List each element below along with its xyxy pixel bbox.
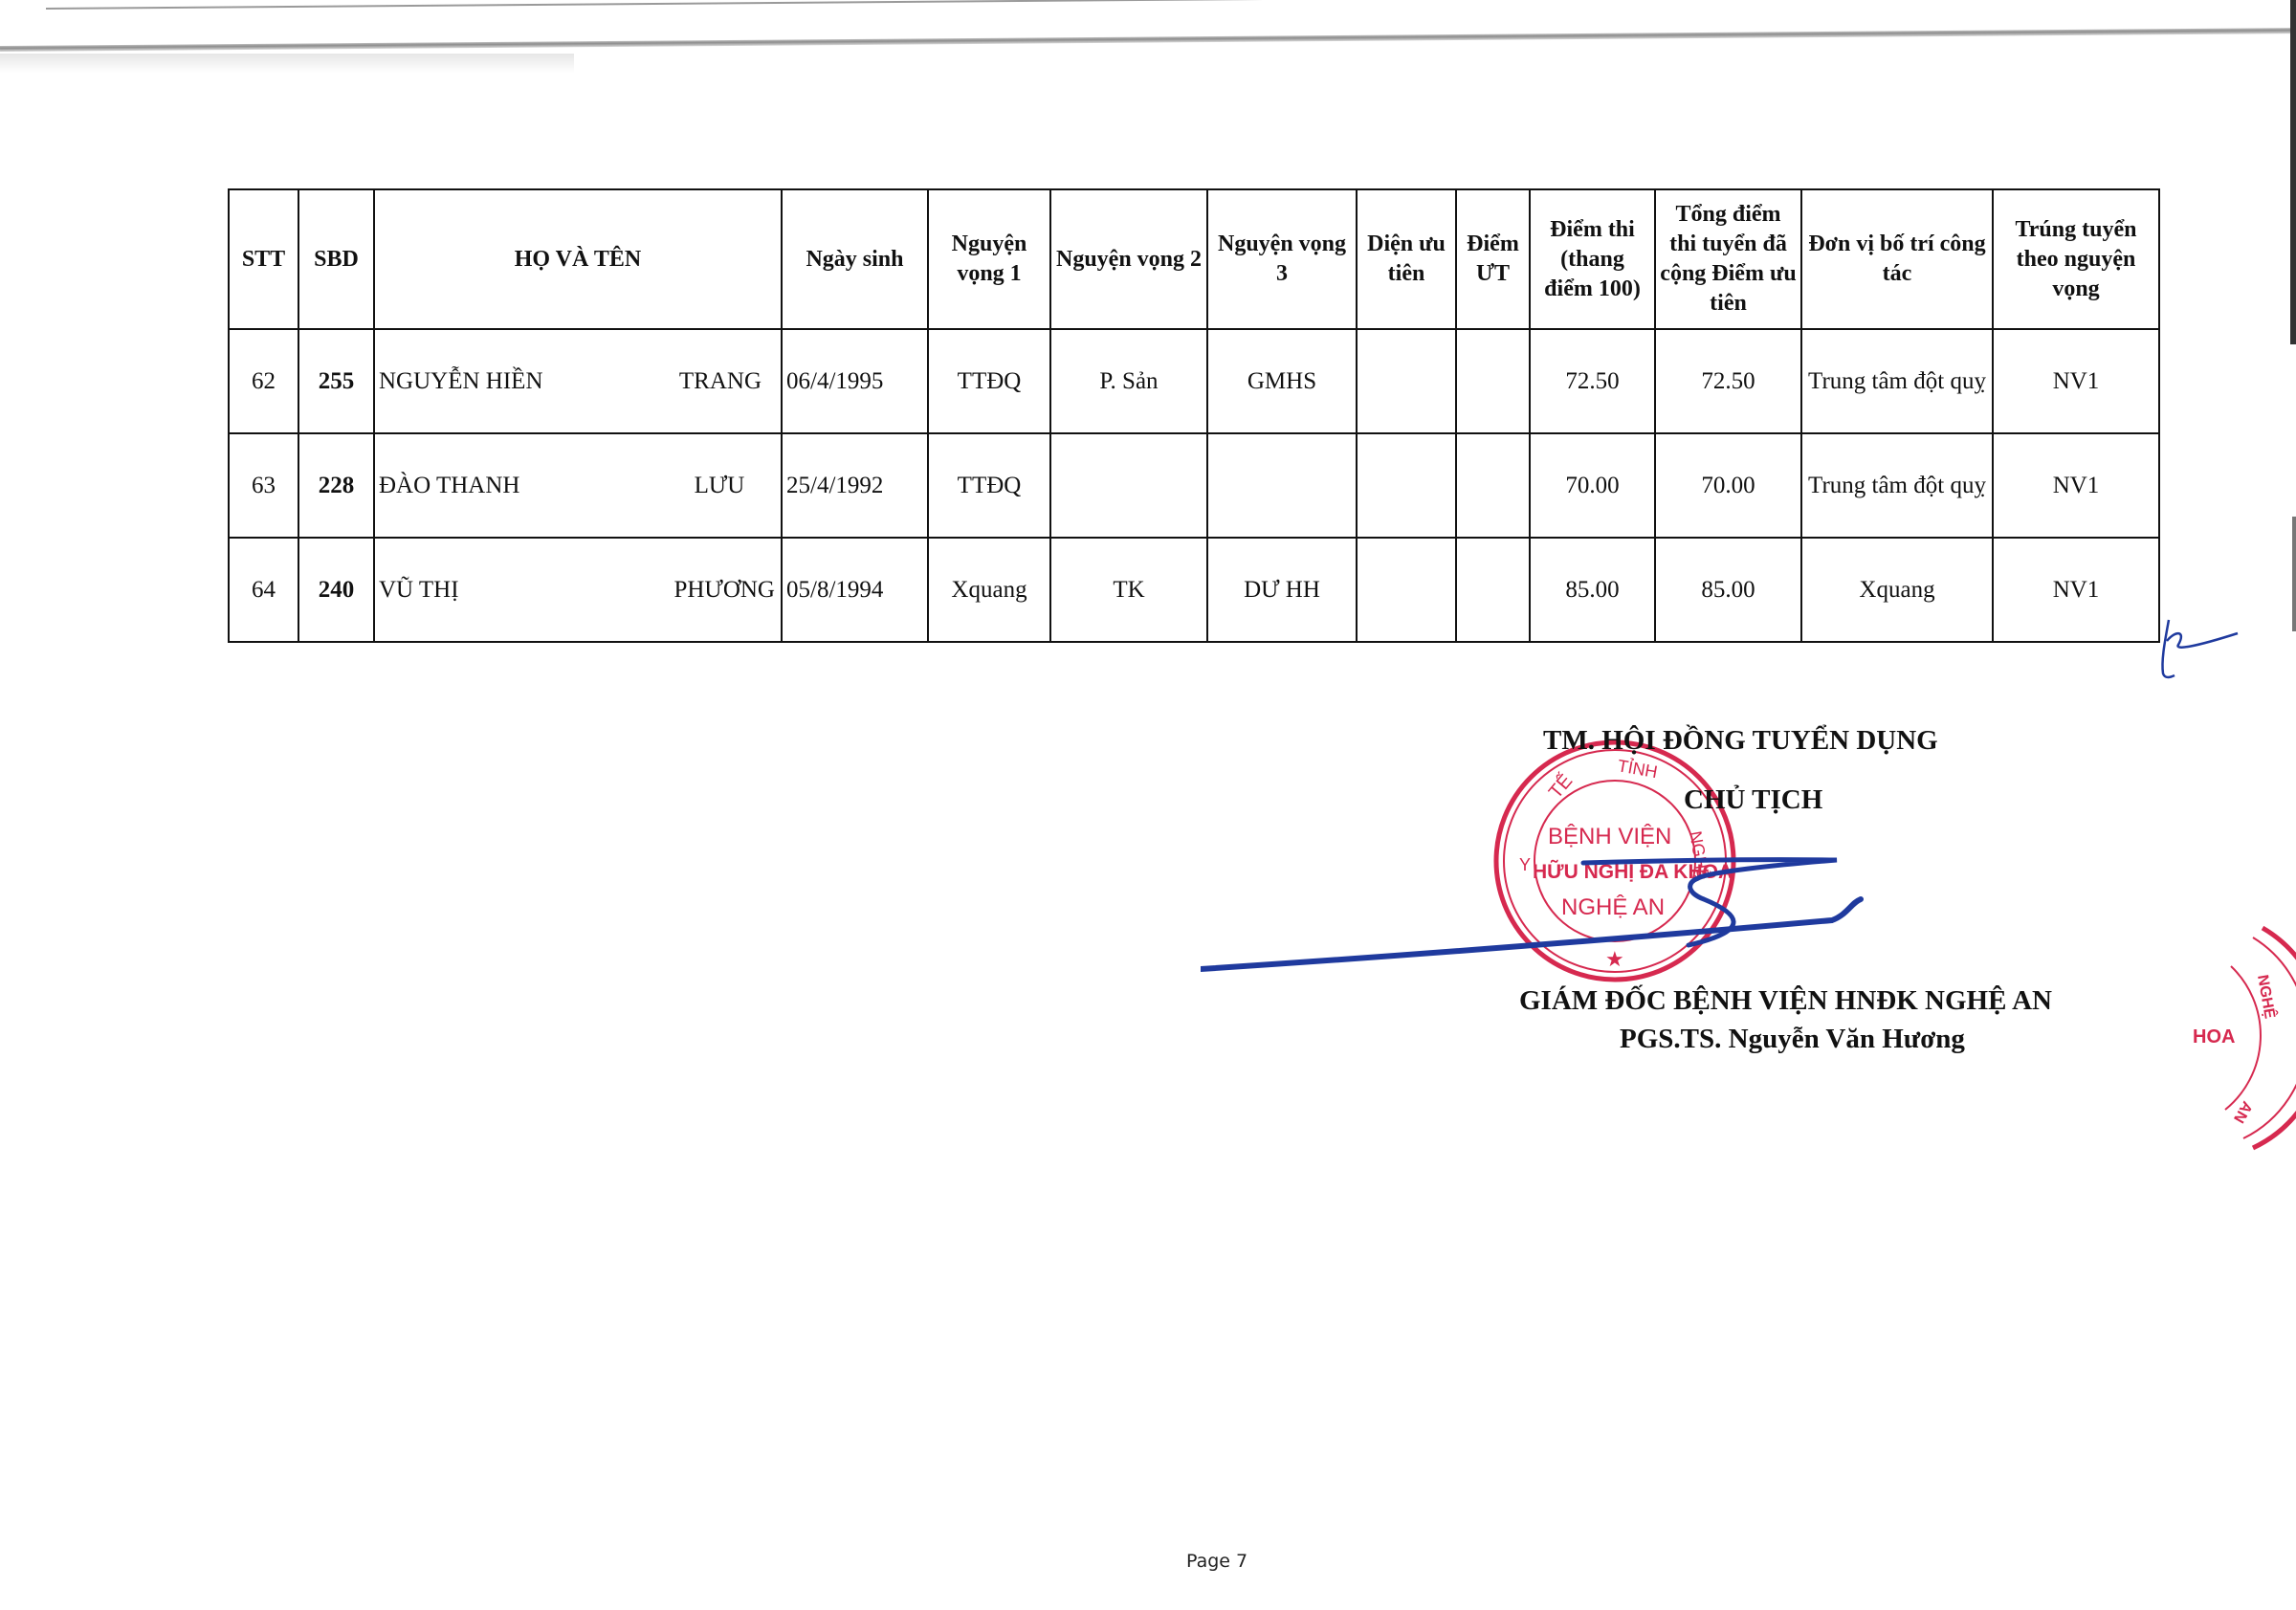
- cell-ngay-sinh: 05/8/1994: [782, 538, 928, 642]
- cell-don-vi: Trung tâm đột quỵ: [1801, 433, 1993, 538]
- cell-ho-dem: VŨ THỊ: [379, 577, 459, 604]
- cell-dien-uu-tien: [1357, 329, 1456, 433]
- cell-trung-tuyen: NV1: [1993, 538, 2159, 642]
- cell-ho-ten: VŨ THỊ PHƯƠNG: [374, 538, 782, 642]
- cell-sbd: 255: [298, 329, 374, 433]
- cell-ho-ten: NGUYỄN HIỀN TRANG: [374, 329, 782, 433]
- col-header-trung-tuyen: Trúng tuyển theo nguyện vọng: [1993, 189, 2159, 329]
- cell-ten: PHƯƠNG: [673, 577, 775, 604]
- col-header-nv3: Nguyện vọng 3: [1207, 189, 1357, 329]
- cell-ten: TRANG: [679, 368, 762, 395]
- cell-nv3: [1207, 433, 1357, 538]
- handwritten-signature: [1201, 842, 1928, 985]
- cell-dien-uu-tien: [1357, 538, 1456, 642]
- table-row: 63 228 ĐÀO THANH LƯU 25/4/1992 TTĐQ 70.0…: [229, 433, 2159, 538]
- handwritten-initial: [2157, 612, 2243, 689]
- cell-nv2: P. Sản: [1050, 329, 1207, 433]
- svg-text:TỈNH: TỈNH: [1616, 755, 1659, 782]
- col-header-ngay-sinh: Ngày sinh: [782, 189, 928, 329]
- cell-nv2: [1050, 433, 1207, 538]
- cell-diem-thi: 72.50: [1530, 329, 1655, 433]
- results-table: STT SBD HỌ VÀ TÊN Ngày sinh Nguyện vọng …: [228, 188, 2160, 643]
- cell-sbd: 228: [298, 433, 374, 538]
- scan-edge: [2292, 517, 2296, 631]
- cell-ngay-sinh: 25/4/1992: [782, 433, 928, 538]
- scan-shadow: [0, 54, 574, 73]
- cell-tong-diem: 70.00: [1655, 433, 1801, 538]
- cell-stt: 63: [229, 433, 298, 538]
- table-row: 64 240 VŨ THỊ PHƯƠNG 05/8/1994 Xquang TK…: [229, 538, 2159, 642]
- col-header-ho-ten: HỌ VÀ TÊN: [374, 189, 782, 329]
- col-header-dien-uu-tien: Diện ưu tiên: [1357, 189, 1456, 329]
- cell-ngay-sinh: 06/4/1995: [782, 329, 928, 433]
- cell-nv2: TK: [1050, 538, 1207, 642]
- cell-diem-ut: [1456, 433, 1530, 538]
- scan-artifact-line: [46, 0, 2017, 10]
- cell-stt: 62: [229, 329, 298, 433]
- col-header-nv1: Nguyện vọng 1: [928, 189, 1050, 329]
- cell-nv1: TTĐQ: [928, 329, 1050, 433]
- cell-ho-dem: NGUYỄN HIỀN: [379, 368, 543, 395]
- cell-tong-diem: 85.00: [1655, 538, 1801, 642]
- table-header-row: STT SBD HỌ VÀ TÊN Ngày sinh Nguyện vọng …: [229, 189, 2159, 329]
- cell-nv3: DƯ HH: [1207, 538, 1357, 642]
- page-number: Page 7: [1186, 1551, 1247, 1572]
- col-header-diem-thi: Điểm thi (thang điểm 100): [1530, 189, 1655, 329]
- table-row: 62 255 NGUYỄN HIỀN TRANG 06/4/1995 TTĐQ …: [229, 329, 2159, 433]
- cell-don-vi: Trung tâm đột quỵ: [1801, 329, 1993, 433]
- signature-role: CHỦ TỊCH: [1684, 784, 1822, 816]
- cell-dien-uu-tien: [1357, 433, 1456, 538]
- cell-ho-dem: ĐÀO THANH: [379, 473, 519, 499]
- scan-fold-shadow: [0, 28, 2296, 52]
- col-header-stt: STT: [229, 189, 298, 329]
- signature-name: PGS.TS. Nguyễn Văn Hương: [1620, 1024, 1965, 1055]
- cell-ten: LƯU: [677, 473, 762, 499]
- col-header-don-vi: Đơn vị bố trí công tác: [1801, 189, 1993, 329]
- cell-nv1: TTĐQ: [928, 433, 1050, 538]
- cell-trung-tuyen: NV1: [1993, 433, 2159, 538]
- svg-text:TẾ: TẾ: [1544, 770, 1577, 803]
- signature-position: GIÁM ĐỐC BỆNH VIỆN HNĐK NGHỆ AN: [1519, 985, 2052, 1017]
- cell-sbd: 240: [298, 538, 374, 642]
- cell-don-vi: Xquang: [1801, 538, 1993, 642]
- cell-diem-thi: 85.00: [1530, 538, 1655, 642]
- cell-nv3: GMHS: [1207, 329, 1357, 433]
- col-header-sbd: SBD: [298, 189, 374, 329]
- col-header-nv2: Nguyện vọng 2: [1050, 189, 1207, 329]
- cell-ho-ten: ĐÀO THANH LƯU: [374, 433, 782, 538]
- cell-stt: 64: [229, 538, 298, 642]
- signature-on-behalf: TM. HỘI ĐỒNG TUYỂN DỤNG: [1543, 725, 1938, 757]
- cell-nv1: Xquang: [928, 538, 1050, 642]
- col-header-diem-ut: Điểm ƯT: [1456, 189, 1530, 329]
- scan-edge: [2290, 0, 2296, 344]
- cell-trung-tuyen: NV1: [1993, 329, 2159, 433]
- cell-diem-ut: [1456, 538, 1530, 642]
- col-header-tong-diem: Tổng điểm thi tuyển đã cộng Điểm ưu tiên: [1655, 189, 1801, 329]
- cell-diem-thi: 70.00: [1530, 433, 1655, 538]
- seal-partial-edge: HOA NGHỆ AN: [2191, 918, 2296, 1158]
- cell-tong-diem: 72.50: [1655, 329, 1801, 433]
- cell-diem-ut: [1456, 329, 1530, 433]
- seal-edge-text: HOA: [2193, 1026, 2235, 1048]
